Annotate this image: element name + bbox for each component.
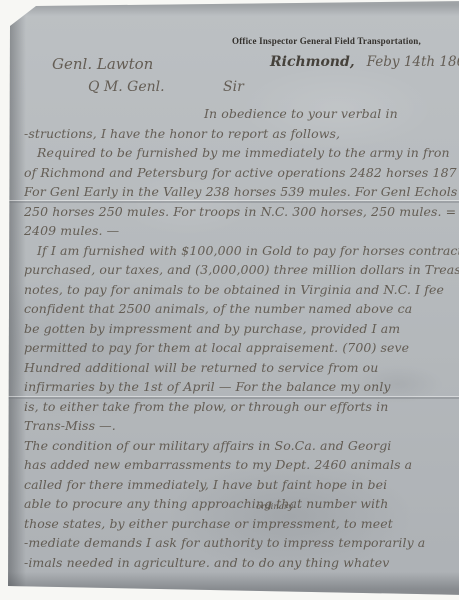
letter-line: For Genl Early in the Valley 238 horses … (24, 182, 459, 202)
letter-line: of Richmond and Petersburg for active op… (24, 163, 459, 183)
letter-line: 250 horses 250 mules. For troops in N.C.… (24, 202, 459, 222)
letter-line: be gotten by impressment and by purchase… (24, 319, 459, 339)
letter-line: Trans-Miss —. (24, 416, 459, 436)
letter-line: Hundred additional will be returned to s… (24, 358, 459, 378)
letter-line: -mediate demands I ask for authority to … (24, 533, 459, 553)
addressee-title-line: Q M. Genl. Sir (88, 79, 244, 95)
letter-line: permitted to pay for them at local appra… (24, 338, 459, 358)
letterhead-office-line: Office Inspector General Field Transport… (232, 36, 459, 46)
scanned-letter: Office Inspector General Field Transport… (0, 0, 459, 600)
letter-line: -imals needed in agriculture. and to do … (24, 553, 459, 573)
letterhead-date: Feby 14th 1865 (367, 54, 459, 70)
inserted-word: ordinary (256, 502, 293, 512)
addressee-name: Genl. Lawton (52, 55, 153, 73)
letter-line: 2409 mules. — (24, 221, 459, 241)
letter-line: If I am furnished with $100,000 in Gold … (24, 241, 459, 261)
letter-line: has added new embarrassments to my Dept.… (24, 455, 459, 475)
letter-line: infirmaries by the 1st of April — For th… (24, 377, 459, 397)
letter-line: confident that 2500 animals, of the numb… (24, 299, 459, 319)
letter-line: In obedience to your verbal in (24, 104, 459, 124)
letter-line: those states, by either purchase or impr… (24, 514, 459, 534)
letter-line: purchased, our taxes, and (3,000,000) th… (24, 260, 459, 280)
letterhead-dateline: Richmond, Feby 14th 1865 (270, 53, 459, 71)
letter-line: able to procure any thing approaching th… (24, 494, 459, 514)
letter-line: Required to be furnished by me immediate… (24, 143, 459, 163)
letter-line: The condition of our military affairs in… (24, 436, 459, 456)
letter-paper: Office Inspector General Field Transport… (0, 0, 459, 600)
letter-line: is, to either take from the plow, or thr… (24, 397, 459, 417)
letter-line: notes, to pay for animals to be obtained… (24, 280, 459, 300)
letterhead-place: Richmond, (270, 54, 355, 70)
addressee-title: Q M. Genl. (88, 79, 165, 95)
letter-body: In obedience to your verbal in-struction… (24, 104, 459, 572)
letter-line: called for there immediately, I have but… (24, 475, 459, 495)
letter-line: -structions, I have the honor to report … (24, 124, 459, 144)
salutation: Sir (223, 79, 244, 95)
